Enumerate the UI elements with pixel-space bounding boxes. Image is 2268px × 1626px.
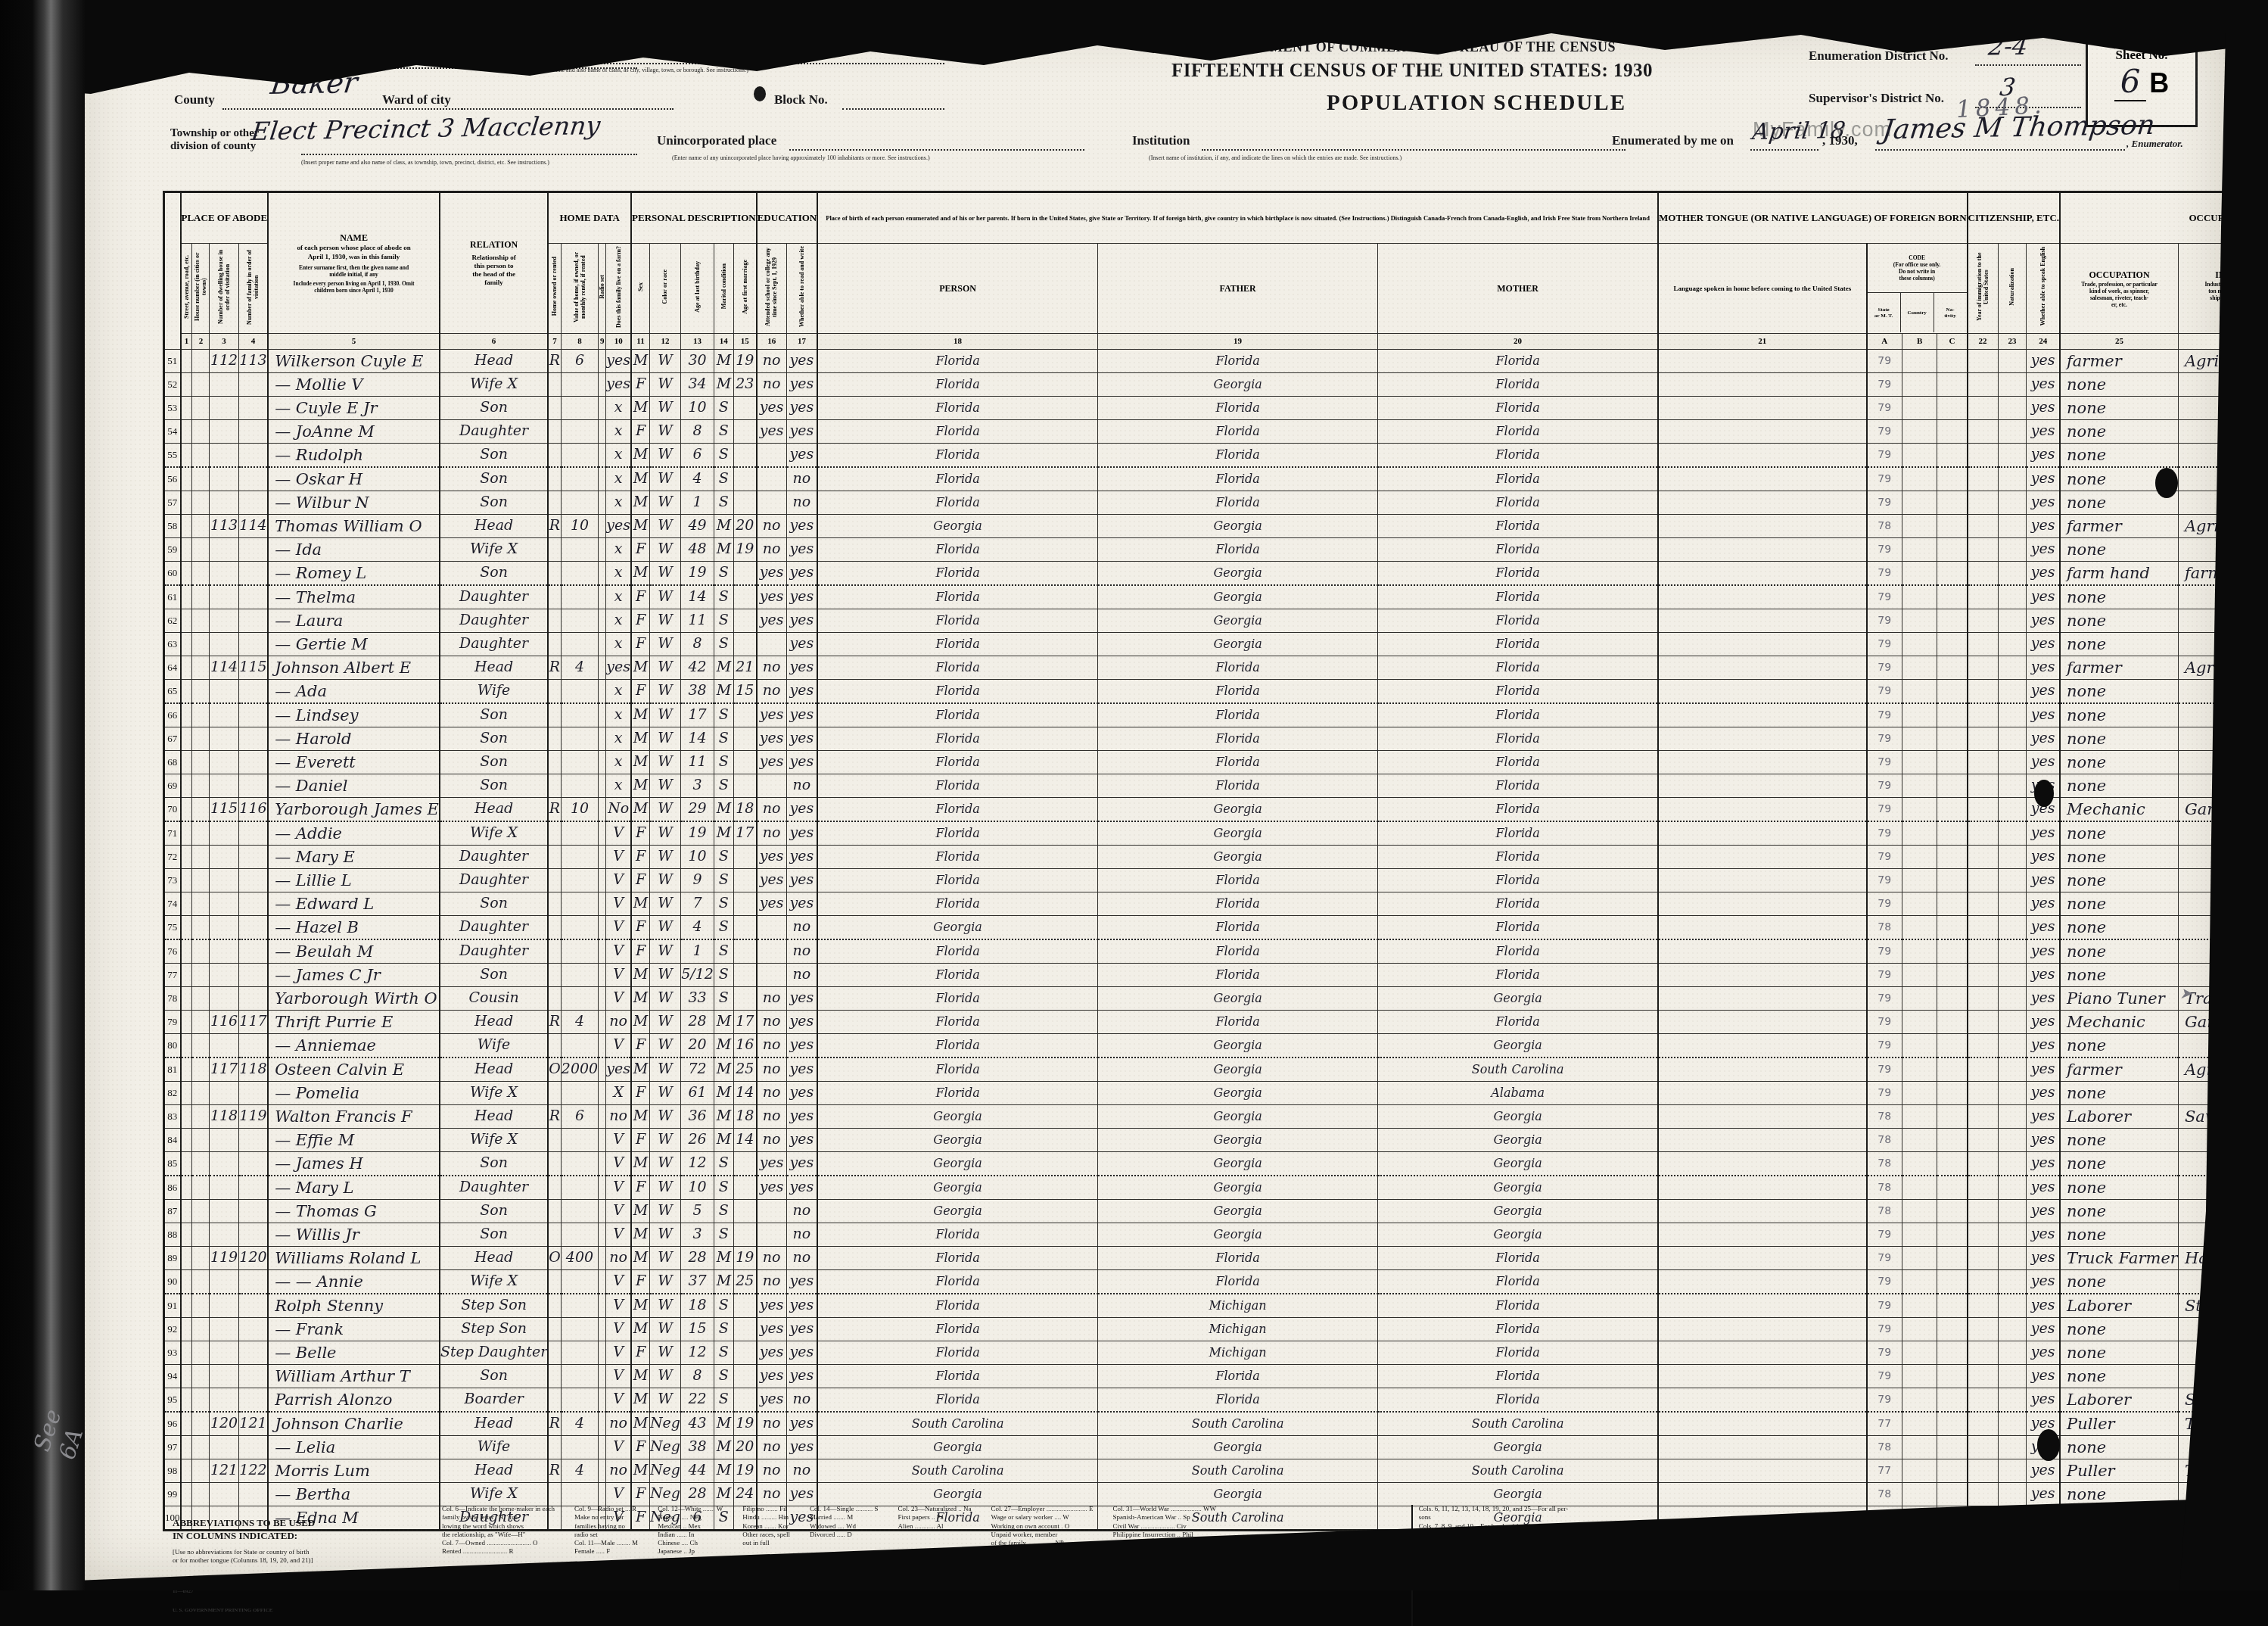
- cell: [1902, 420, 1937, 444]
- cell: [1937, 1412, 1968, 1436]
- cell: 79: [1867, 562, 1902, 586]
- cell: Florida: [1097, 444, 1377, 468]
- col-color-race: Color or race: [649, 244, 680, 334]
- group-citizenship: CITIZENSHIP, ETC.: [1968, 192, 2061, 244]
- col-house-number: House number (in cities or towns): [192, 244, 210, 334]
- cell: [733, 467, 756, 491]
- cell: [1968, 397, 1999, 420]
- cell: Daughter: [440, 1176, 548, 1200]
- cell: [561, 939, 598, 964]
- cell: [192, 656, 210, 680]
- cell: M: [631, 1318, 649, 1341]
- cell: 79: [1867, 821, 1902, 846]
- cell: [733, 703, 756, 727]
- cell: [1937, 350, 1968, 373]
- cell: 14: [681, 585, 714, 609]
- cell: [1937, 609, 1968, 633]
- cell: Son: [440, 964, 548, 987]
- cell: [1937, 1082, 1968, 1105]
- cell: 79: [1867, 1034, 1902, 1058]
- table-row: 71— AddieWife XVFW19M17noyesFloridaGeorg…: [164, 821, 2268, 846]
- cell: [1998, 751, 2027, 774]
- cell: S: [714, 585, 733, 609]
- cell: yes: [786, 444, 817, 468]
- cell: none: [2060, 585, 2178, 609]
- cell: [1658, 1270, 1867, 1294]
- page-title: POPULATION SCHEDULE: [1327, 91, 1626, 116]
- cell: [1937, 1459, 1968, 1483]
- cell: 19: [733, 538, 756, 562]
- cell: [548, 1365, 561, 1388]
- cell: [1902, 1270, 1937, 1294]
- cell: [1658, 1129, 1867, 1152]
- cell: none: [2060, 869, 2178, 892]
- sheet-letter: B: [2149, 67, 2169, 98]
- table-row: 90— — AnnieWife XVFW37M25noyesFloridaFlo…: [164, 1270, 2268, 1294]
- cell: M: [631, 751, 649, 774]
- cell: [599, 892, 606, 916]
- cell: Daughter: [440, 585, 548, 609]
- cell: Georgia: [1097, 846, 1377, 869]
- cell: M: [714, 1412, 733, 1436]
- cell: 119: [210, 1247, 238, 1270]
- cell: Florida: [1097, 680, 1377, 704]
- cell: yes: [786, 538, 817, 562]
- cell: [1937, 1200, 1968, 1223]
- cell: [599, 774, 606, 798]
- cell: S: [714, 609, 733, 633]
- cell: [1902, 656, 1937, 680]
- cell: 15: [733, 680, 756, 704]
- table-row: 76— Beulah MDaughterVFW1SnoFloridaFlorid…: [164, 939, 2268, 964]
- cell: F: [631, 538, 649, 562]
- table-row: 79116117Thrift Purrie EHeadR4noMW28M17no…: [164, 1011, 2268, 1034]
- cell: Florida: [817, 987, 1097, 1011]
- cell: no: [757, 1436, 786, 1459]
- cell: [561, 491, 598, 515]
- cell: M: [631, 656, 649, 680]
- institution-note: (Insert name of institution, if any, and…: [1149, 154, 1603, 161]
- cell: [210, 1341, 238, 1365]
- cell: F: [631, 869, 649, 892]
- cell: none: [2060, 1365, 2178, 1388]
- cell: [561, 467, 598, 491]
- cell: [210, 609, 238, 633]
- cell: W: [649, 821, 680, 846]
- cell: M: [714, 821, 733, 846]
- cell: [181, 987, 192, 1011]
- cell: [238, 633, 268, 656]
- cell: 121: [210, 1459, 238, 1483]
- cell: 73: [164, 869, 181, 892]
- cell: Florida: [1097, 656, 1377, 680]
- cell: [181, 1247, 192, 1270]
- table-row: 82— PomeliaWife XXFW61M14noyesFloridaGeo…: [164, 1082, 2268, 1105]
- cell: [1658, 821, 1867, 846]
- cell: 118: [238, 1058, 268, 1082]
- table-header: PLACE OF ABODE NAME of each person whose…: [164, 192, 2268, 350]
- cell: [548, 1176, 561, 1200]
- cell: [210, 397, 238, 420]
- cell: S: [714, 1365, 733, 1388]
- cell: [1937, 397, 1968, 420]
- cell: W: [649, 1223, 680, 1247]
- cell: R: [548, 798, 561, 822]
- cell: [599, 1341, 606, 1365]
- cell: [1937, 1034, 1968, 1058]
- cell: Laborer: [2060, 1388, 2178, 1413]
- cell: Florida: [1378, 892, 1658, 916]
- cell: No: [606, 798, 631, 822]
- cell: [238, 1223, 268, 1247]
- cell: yes: [757, 846, 786, 869]
- cell: [599, 491, 606, 515]
- cell: [1998, 1105, 2027, 1129]
- cell: 117: [238, 1011, 268, 1034]
- cell: Wife X: [440, 538, 548, 562]
- cell: [561, 1341, 598, 1365]
- cell: [238, 491, 268, 515]
- cell: 78: [1867, 1200, 1902, 1223]
- cell: Florida: [817, 798, 1097, 822]
- cell: yes: [757, 727, 786, 751]
- group-place-of-abode: PLACE OF ABODE: [181, 192, 269, 244]
- cell: 4: [561, 1011, 598, 1034]
- cell: yes: [786, 821, 817, 846]
- cell: [733, 397, 756, 420]
- cell: 78: [1867, 1176, 1902, 1200]
- cell: x: [606, 774, 631, 798]
- cell: Son: [440, 892, 548, 916]
- cell: Florida: [817, 821, 1097, 846]
- enumerated-year: , 1930,: [1822, 133, 1858, 148]
- cell: Florida: [817, 420, 1097, 444]
- column-number: 2: [192, 334, 210, 350]
- cell: Head: [440, 1247, 548, 1270]
- cell: [1937, 467, 1968, 491]
- cell: W: [649, 420, 680, 444]
- cell: — James C Jr: [268, 964, 440, 987]
- cell: [1902, 846, 1937, 869]
- cell: Puller: [2060, 1459, 2178, 1483]
- cell: S: [714, 869, 733, 892]
- cell: [192, 1365, 210, 1388]
- column-numbers-row: 123456789101112131415161718192021ABC2223…: [164, 334, 2268, 350]
- cell: no: [757, 1483, 786, 1506]
- cell: 36: [681, 1105, 714, 1129]
- cell: [1968, 467, 1999, 491]
- cell: W: [649, 1365, 680, 1388]
- cell: Florida: [1378, 491, 1658, 515]
- cell: S: [714, 444, 733, 468]
- cell: Truck Farmer: [2060, 1247, 2178, 1270]
- cell: [192, 350, 210, 373]
- cell: [192, 467, 210, 491]
- cell: V: [606, 964, 631, 987]
- cell: [1937, 1058, 1968, 1082]
- cell: Johnson Charlie: [268, 1412, 440, 1436]
- cell: — Cuyle E Jr: [268, 397, 440, 420]
- cell: [548, 774, 561, 798]
- cell: Florida: [817, 1082, 1097, 1105]
- cell: Daughter: [440, 916, 548, 940]
- cell: [1902, 538, 1937, 562]
- group-mother-tongue: MOTHER TONGUE (OR NATIVE LANGUAGE) OF FO…: [1658, 192, 1968, 244]
- cell: W: [649, 1341, 680, 1365]
- cell: [1902, 633, 1937, 656]
- cell: [1658, 1011, 1867, 1034]
- cell: yes: [2027, 467, 2060, 491]
- cell: [1998, 1318, 2027, 1341]
- cell: yes: [786, 1152, 817, 1176]
- cell: [561, 916, 598, 940]
- table-row: 91Rolph StennyStep SonVMW18SyesyesFlorid…: [164, 1294, 2268, 1318]
- cell: Georgia: [1097, 373, 1377, 397]
- cell: [599, 1388, 606, 1413]
- cell: — Ida: [268, 538, 440, 562]
- cell: [210, 892, 238, 916]
- cell: 43: [681, 1412, 714, 1436]
- cell: yes: [2027, 751, 2060, 774]
- cell: [181, 585, 192, 609]
- cell: Georgia: [1378, 1223, 1658, 1247]
- unincorporated-label: Unincorporated place: [657, 133, 776, 148]
- cell: [192, 703, 210, 727]
- col-dwelling-number: Number of dwelling house in order of vis…: [210, 244, 238, 334]
- cell: [1658, 987, 1867, 1011]
- cell: South Carolina: [817, 1459, 1097, 1483]
- cell: no: [757, 1082, 786, 1105]
- cell: Florida: [817, 656, 1097, 680]
- cell: Florida: [1378, 846, 1658, 869]
- cell: Florida: [1097, 869, 1377, 892]
- column-number: 19: [1097, 334, 1377, 350]
- cell: 116: [238, 798, 268, 822]
- cell: 116: [210, 1011, 238, 1034]
- cell: [1937, 420, 1968, 444]
- col-radio-set: Radio set: [599, 244, 606, 334]
- cell: Florida: [1097, 964, 1377, 987]
- cell: W: [649, 1129, 680, 1152]
- cell: no: [757, 987, 786, 1011]
- cell: 78: [164, 987, 181, 1011]
- cell: 400: [561, 1247, 598, 1270]
- cell: [548, 562, 561, 586]
- cell: [181, 727, 192, 751]
- cell: no: [606, 1105, 631, 1129]
- cell: [1968, 727, 1999, 751]
- cell: — Pomelia: [268, 1082, 440, 1105]
- cell: yes: [757, 1152, 786, 1176]
- cell: none: [2060, 916, 2178, 940]
- cell: [757, 444, 786, 468]
- cell: [1658, 1200, 1867, 1223]
- cell: [1998, 846, 2027, 869]
- cell: [1658, 1483, 1867, 1506]
- table-row: 73— Lillie LDaughterVFW9SyesyesFloridaFl…: [164, 869, 2268, 892]
- cell: S: [714, 1152, 733, 1176]
- cell: S: [714, 774, 733, 798]
- cell: [181, 774, 192, 798]
- cell: [1998, 1152, 2027, 1176]
- cell: yes: [757, 869, 786, 892]
- cell: 79: [1867, 1388, 1902, 1413]
- cell: 79: [1867, 869, 1902, 892]
- cell: [733, 491, 756, 515]
- cell: no: [757, 821, 786, 846]
- column-number: 11: [631, 334, 649, 350]
- cell: Alabama: [1378, 1082, 1658, 1105]
- cell: — Wilbur N: [268, 491, 440, 515]
- cell: [238, 892, 268, 916]
- cell: [548, 892, 561, 916]
- cell: x: [606, 467, 631, 491]
- cell: [192, 609, 210, 633]
- cell: none: [2060, 1200, 2178, 1223]
- cell: [192, 1247, 210, 1270]
- cell: V: [606, 869, 631, 892]
- cell: [1658, 1176, 1867, 1200]
- cell: Georgia: [817, 1152, 1097, 1176]
- cell: Florida: [1378, 373, 1658, 397]
- cell: 15: [681, 1318, 714, 1341]
- cell: [757, 467, 786, 491]
- cell: [599, 562, 606, 586]
- cell: Wife X: [440, 821, 548, 846]
- column-number: 16: [757, 334, 786, 350]
- cell: Florida: [1378, 656, 1658, 680]
- cell: Florida: [1097, 1365, 1377, 1388]
- cell: 10: [681, 1176, 714, 1200]
- table-row: 66— LindseySonxMW17SyesyesFloridaFlorida…: [164, 703, 2268, 727]
- cell: [1937, 1270, 1968, 1294]
- cell: [192, 585, 210, 609]
- cell: Georgia: [1378, 1152, 1658, 1176]
- cell: [238, 751, 268, 774]
- cell: [548, 916, 561, 940]
- cell: [192, 751, 210, 774]
- cell: Head: [440, 1459, 548, 1483]
- relation-desc: Relationship of this person to the head …: [440, 254, 547, 286]
- cell: Florida: [1378, 420, 1658, 444]
- cell: [1937, 680, 1968, 704]
- cell: [210, 1200, 238, 1223]
- cell: Florida: [817, 774, 1097, 798]
- cell: 59: [164, 538, 181, 562]
- col-family-number: Number of family in order of visitation: [238, 244, 268, 334]
- cell: W: [649, 1011, 680, 1034]
- cell: 19: [681, 562, 714, 586]
- cell: Florida: [1378, 1318, 1658, 1341]
- cell: 57: [164, 491, 181, 515]
- cell: [599, 397, 606, 420]
- cell: [561, 585, 598, 609]
- cell: Williams Roland L: [268, 1247, 440, 1270]
- cell: F: [631, 420, 649, 444]
- cell: — Oskar H: [268, 467, 440, 491]
- cell: 78: [1867, 515, 1902, 538]
- cell: Georgia: [1097, 1483, 1377, 1506]
- cell: South Carolina: [1378, 1412, 1658, 1436]
- cell: [1937, 869, 1968, 892]
- table-row: 99— BerthaWife XVFNeg28M24noyesGeorgiaGe…: [164, 1483, 2268, 1506]
- cell: — James H: [268, 1152, 440, 1176]
- cell: [1902, 491, 1937, 515]
- cell: [1658, 1247, 1867, 1270]
- cell: [599, 633, 606, 656]
- cell: yes: [2027, 444, 2060, 468]
- cell: [192, 939, 210, 964]
- cell: 29: [681, 798, 714, 822]
- cell: [1658, 1318, 1867, 1341]
- cell: W: [649, 1058, 680, 1082]
- cell: Head: [440, 1058, 548, 1082]
- cell: [599, 751, 606, 774]
- cell: [181, 846, 192, 869]
- cell: V: [606, 1341, 631, 1365]
- cell: yes: [757, 562, 786, 586]
- cell: [757, 916, 786, 940]
- cell: [192, 562, 210, 586]
- cell: [1998, 656, 2027, 680]
- cell: [1937, 444, 1968, 468]
- cell: x: [606, 585, 631, 609]
- cell: Florida: [817, 350, 1097, 373]
- cell: [1968, 939, 1999, 964]
- cell: [192, 1058, 210, 1082]
- cell: yes: [2027, 585, 2060, 609]
- cell: R: [548, 1459, 561, 1483]
- cell: [1998, 1176, 2027, 1200]
- cell: Georgia: [1378, 1483, 1658, 1506]
- cell: [1902, 869, 1937, 892]
- cell: [599, 798, 606, 822]
- cell: Florida: [1097, 892, 1377, 916]
- cell: [599, 1483, 606, 1506]
- cell: no: [757, 538, 786, 562]
- cell: 1: [681, 939, 714, 964]
- cell: [238, 680, 268, 704]
- column-number: 17: [786, 334, 817, 350]
- cell: [210, 846, 238, 869]
- column-number: 24: [2027, 334, 2060, 350]
- cell: [1902, 562, 1937, 586]
- cell: 72: [164, 846, 181, 869]
- cell: [733, 774, 756, 798]
- cell: [210, 939, 238, 964]
- cell: [548, 633, 561, 656]
- cell: 120: [238, 1247, 268, 1270]
- cell: yes: [757, 609, 786, 633]
- cell: yes: [2027, 1341, 2060, 1365]
- cell: [548, 420, 561, 444]
- cell: Florida: [1097, 751, 1377, 774]
- cell: [192, 420, 210, 444]
- cell: 22: [681, 1388, 714, 1413]
- cell: Florida: [817, 964, 1097, 987]
- cell: 79: [1867, 680, 1902, 704]
- cell: farmer: [2060, 1058, 2178, 1082]
- cell: [192, 1200, 210, 1223]
- sup-district-label: Supervisor's District No.: [1809, 91, 1944, 106]
- table-row: 55— RudolphSonxMW6SyesFloridaFloridaFlor…: [164, 444, 2268, 468]
- cell: [210, 491, 238, 515]
- cell: — JoAnne M: [268, 420, 440, 444]
- cell: F: [631, 585, 649, 609]
- cell: 5/12: [681, 964, 714, 987]
- cell: W: [649, 987, 680, 1011]
- table-row: 87— Thomas GSonVMW5SnoGeorgiaGeorgiaGeor…: [164, 1200, 2268, 1223]
